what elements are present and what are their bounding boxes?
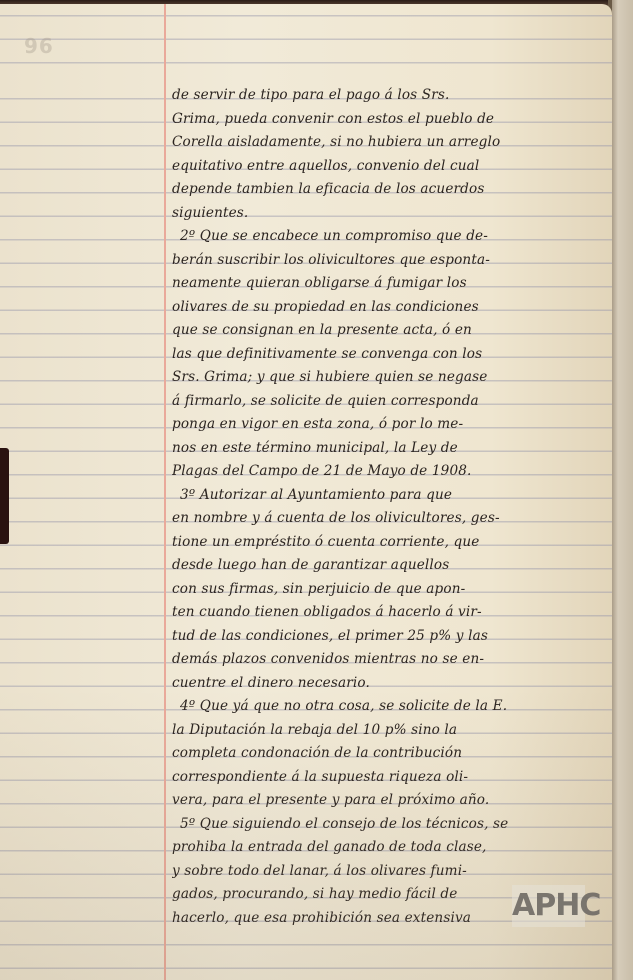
text-line: neamente quieran obligarse á fumigar los xyxy=(172,272,610,296)
handwritten-text: de servir de tipo para el pago á los Srs… xyxy=(172,84,610,930)
text-line: Grima, pueda convenir con estos el puebl… xyxy=(172,108,610,132)
text-line: Plagas del Campo de 21 de Mayo de 1908. xyxy=(172,460,610,484)
text-line: 4º Que yá que no otra cosa, se solicite … xyxy=(172,695,610,719)
text-line: de servir de tipo para el pago á los Srs… xyxy=(172,84,610,108)
text-line: siguientes. xyxy=(172,202,610,226)
text-line: con sus firmas, sin perjuicio de que apo… xyxy=(172,578,610,602)
text-line: 3º Autorizar al Ayuntamiento para que xyxy=(172,484,610,508)
text-line: ponga en vigor en esta zona, ó por lo me… xyxy=(172,413,610,437)
archive-watermark: APHC xyxy=(512,885,585,927)
text-line: 5º Que siguiendo el consejo de los técni… xyxy=(172,813,610,837)
text-line: completa condonación de la contribución xyxy=(172,742,610,766)
text-line: demás plazos convenidos mientras no se e… xyxy=(172,648,610,672)
text-line: desde luego han de garantizar aquellos xyxy=(172,554,610,578)
page-number: 96 xyxy=(24,34,54,58)
text-line: nos en este término municipal, la Ley de xyxy=(172,437,610,461)
bookmark-tab xyxy=(0,448,9,544)
text-line: la Diputación la rebaja del 10 p% sino l… xyxy=(172,719,610,743)
text-line: que se consignan en la presente acta, ó … xyxy=(172,319,610,343)
text-line: tione un empréstito ó cuenta corriente, … xyxy=(172,531,610,555)
text-line: berán suscribir los olivicultores que es… xyxy=(172,249,610,273)
text-line: prohiba la entrada del ganado de toda cl… xyxy=(172,836,610,860)
text-line: 2º Que se encabece un compromiso que de- xyxy=(172,225,610,249)
text-line: correspondiente á la supuesta riqueza ol… xyxy=(172,766,610,790)
text-line: Corella aisladamente, si no hubiera un a… xyxy=(172,131,610,155)
text-line: y sobre todo del lanar, á los olivares f… xyxy=(172,860,610,884)
text-line: depende tambien la eficacia de los acuer… xyxy=(172,178,610,202)
text-line: cuentre el dinero necesario. xyxy=(172,672,610,696)
text-line: olivares de su propiedad en las condicio… xyxy=(172,296,610,320)
text-line: las que definitivamente se convenga con … xyxy=(172,343,610,367)
text-line: á firmarlo, se solicite de quien corresp… xyxy=(172,390,610,414)
text-line: en nombre y á cuenta de los olivicultore… xyxy=(172,507,610,531)
ledger-page: 96 de servir de tipo para el pago á los … xyxy=(0,4,612,980)
text-line: vera, para el presente y para el próximo… xyxy=(172,789,610,813)
text-line: equitativo entre aquellos, convenio del … xyxy=(172,155,610,179)
text-line: tud de las condiciones, el primer 25 p% … xyxy=(172,625,610,649)
red-margin-line xyxy=(164,4,166,980)
text-line: ten cuando tienen obligados á hacerlo á … xyxy=(172,601,610,625)
text-line: Srs. Grima; y que si hubiere quien se ne… xyxy=(172,366,610,390)
